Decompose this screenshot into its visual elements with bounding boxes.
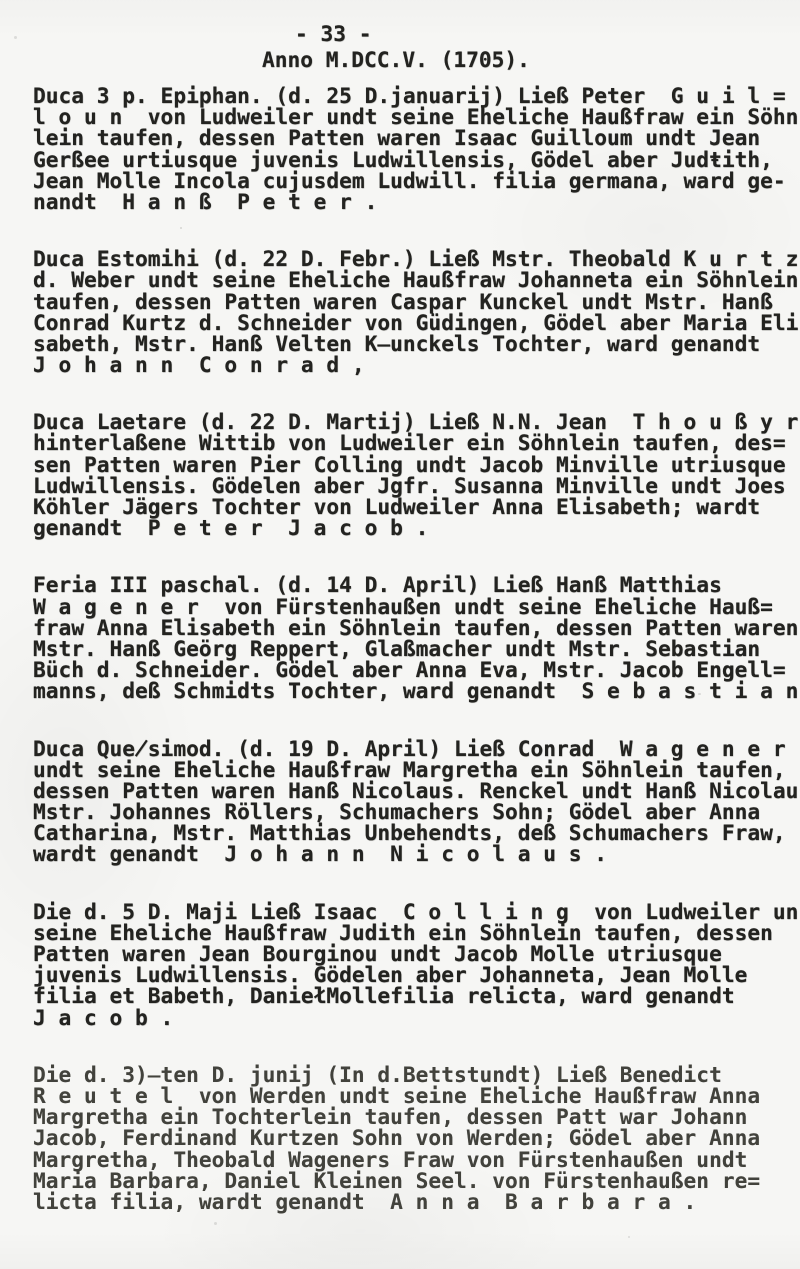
entry-line: Ludwillensis. Gödelen aber Jgfr. Susanna… bbox=[33, 475, 800, 496]
baptism-entry-1: Duca 3 p. Epiphan. (d. 25 D.januarij) Li… bbox=[33, 85, 800, 212]
entry-line: Köhler Jägers Tochter von Ludweiler Anna… bbox=[33, 496, 800, 517]
entry-line: juvenis Ludwillensis. Gödelen aber Johan… bbox=[33, 964, 800, 985]
entry-line: lein taufen, dessen Patten waren Isaac G… bbox=[33, 127, 800, 148]
entry-line: nandt H a n ß P e t e r . bbox=[33, 191, 800, 212]
entry-line: Duca Que̸simod. (d. 19 D. April) Ließ Co… bbox=[33, 738, 800, 759]
entry-line: Catharina, Mstr. Matthias Unbehendts, de… bbox=[33, 822, 800, 843]
entry-line: Jean Molle Incola cujusdem Ludwill. fili… bbox=[33, 170, 800, 191]
entry-line: dessen Patten waren Hanß Nicolaus. Renck… bbox=[33, 780, 800, 801]
baptism-entry-7: Die d. 3)̶ten D. junij (In d.Bettstundt)… bbox=[33, 1064, 800, 1212]
entry-line: Jacob, Ferdinand Kurtzen Sohn von Werden… bbox=[33, 1127, 800, 1148]
entry-line: J o h a n n C o n r a d , bbox=[33, 354, 800, 375]
baptism-entry-4: Feria III paschal. (d. 14 D. April) Ließ… bbox=[33, 574, 800, 701]
entry-line: filia et Babeth, DaniełMollefilia relict… bbox=[33, 985, 800, 1006]
entry-line: Die d. 5 D. Maji Ließ Isaac C o l l i n … bbox=[33, 901, 800, 922]
entry-line: licta filia, wardt genandt A n n a B a r… bbox=[33, 1191, 800, 1212]
baptism-entry-5: Duca Que̸simod. (d. 19 D. April) Ließ Co… bbox=[33, 738, 800, 865]
entry-line: Margretha, Theobald Wageners Fraw von Fü… bbox=[33, 1149, 800, 1170]
entry-line: wardt genandt J o h a n n N i c o l a u … bbox=[33, 843, 800, 864]
entry-line: hinterlaßene Wittib von Ludweiler ein Sö… bbox=[33, 432, 800, 453]
entry-line: Gerßee urtiusque juvenis Ludwillensis, G… bbox=[33, 149, 800, 170]
scan-speck bbox=[14, 36, 17, 39]
entry-line: Margretha ein Tochterlein taufen, dessen… bbox=[33, 1106, 800, 1127]
entry-line: sen Patten waren Pier Colling undt Jacob… bbox=[33, 454, 800, 475]
entry-line: W a g e n e r von Fürstenhaußen undt sei… bbox=[33, 596, 800, 617]
entry-line: Die d. 3)̶ten D. junij (In d.Bettstundt)… bbox=[33, 1064, 800, 1085]
entry-line: genandt P e t e r J a c o b . bbox=[33, 517, 800, 538]
baptism-entries: Duca 3 p. Epiphan. (d. 25 D.januarij) Li… bbox=[33, 85, 800, 1248]
entry-line: undt seine Eheliche Haußfraw Margretha e… bbox=[33, 759, 800, 780]
entry-line: Duca Laetare (d. 22 D. Martij) Ließ N.N.… bbox=[33, 411, 800, 432]
entry-line: fraw Anna Elisabeth ein Söhnlein taufen,… bbox=[33, 617, 800, 638]
scanned-register-page: - 33 - Anno M.DCC.V. (1705). Duca 3 p. E… bbox=[0, 0, 800, 1269]
entry-line: Büch d. Schneider. Gödel aber Anna Eva, … bbox=[33, 659, 800, 680]
entry-line: Mstr. Hanß Geörg Reppert, Glaßmacher und… bbox=[33, 638, 800, 659]
entry-line: J a c o b . bbox=[33, 1007, 800, 1028]
entry-line: Maria Barbara, Daniel Kleinen Seel. von … bbox=[33, 1170, 800, 1191]
entry-line: l o u n von Ludweiler undt seine Ehelich… bbox=[33, 106, 800, 127]
entry-line: Patten waren Jean Bourginou undt Jacob M… bbox=[33, 943, 800, 964]
baptism-entry-2: Duca Estomihi (d. 22 D. Febr.) Ließ Mstr… bbox=[33, 248, 800, 375]
entry-line: seine Eheliche Haußfraw Judith ein Söhnl… bbox=[33, 922, 800, 943]
entry-line: manns, deß Schmidts Tochter, ward genand… bbox=[33, 680, 800, 701]
page-number: - 33 - bbox=[295, 23, 372, 44]
entry-line: Duca Estomihi (d. 22 D. Febr.) Ließ Mstr… bbox=[33, 248, 800, 269]
entry-line: Mstr. Johannes Röllers, Schumachers Sohn… bbox=[33, 801, 800, 822]
entry-line: Feria III paschal. (d. 14 D. April) Ließ… bbox=[33, 574, 800, 595]
entry-line: Duca 3 p. Epiphan. (d. 25 D.januarij) Li… bbox=[33, 85, 800, 106]
entry-line: R e u t e l von Werden undt seine Ehelic… bbox=[33, 1085, 800, 1106]
year-heading: Anno M.DCC.V. (1705). bbox=[262, 49, 530, 70]
entry-line: sabeth, Mstr. Hanß Velten K̶unckels Toch… bbox=[33, 333, 800, 354]
baptism-entry-6: Die d. 5 D. Maji Ließ Isaac C o l l i n … bbox=[33, 901, 800, 1028]
entry-line: Conrad Kurtz d. Schneider von Güdingen, … bbox=[33, 312, 800, 333]
baptism-entry-3: Duca Laetare (d. 22 D. Martij) Ließ N.N.… bbox=[33, 411, 800, 538]
entry-line: d. Weber undt seine Eheliche Haußfraw Jo… bbox=[33, 269, 800, 290]
entry-line: taufen, dessen Patten waren Caspar Kunck… bbox=[33, 291, 800, 312]
